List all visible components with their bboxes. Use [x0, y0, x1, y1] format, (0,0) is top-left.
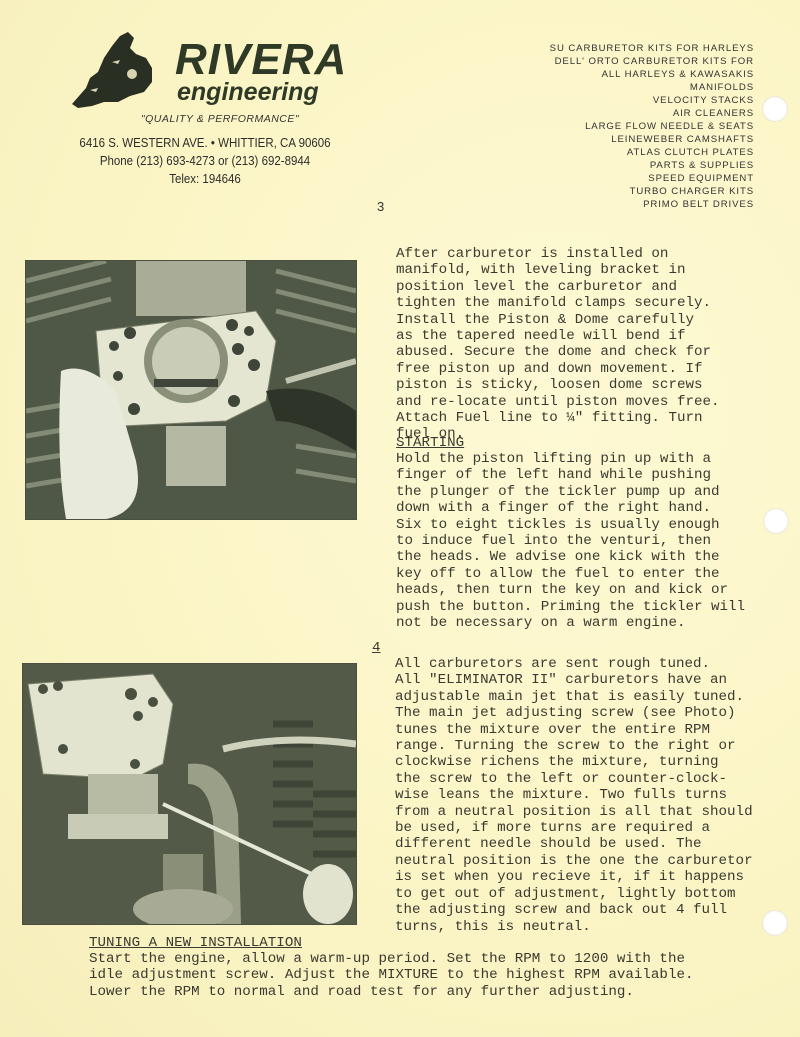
punch-hole [762, 910, 788, 936]
main-jet-adjusting-screw-photo [22, 663, 357, 925]
brand-logo: RIVERA engineering [175, 40, 347, 104]
tuning-paragraph: Start the engine, allow a warm-up period… [89, 951, 694, 1000]
tuning-adjustment-paragraph: All carburetors are sent rough tuned. Al… [395, 656, 753, 935]
product-item: SU CARBURETOR KITS FOR HARLEYS [550, 42, 754, 55]
punch-hole [762, 96, 788, 122]
product-item: ALL HARLEYS & KAWASAKIS [550, 68, 754, 81]
tagline: "QUALITY & PERFORMANCE" [120, 113, 320, 125]
product-item: VELOCITY STACKS [550, 94, 754, 107]
section-number: 4 [372, 640, 381, 656]
product-item: SPEED EQUIPMENT [550, 172, 754, 185]
product-item: PARTS & SUPPLIES [550, 159, 754, 172]
tuning-heading: TUNING A NEW INSTALLATION [89, 935, 302, 951]
telex: Telex: 194646 [67, 170, 343, 188]
contact-block: 6416 S. WESTERN AVE. • WHITTIER, CA 9060… [67, 134, 343, 188]
product-list: SU CARBURETOR KITS FOR HARLEYS DELL' ORT… [550, 42, 754, 211]
address: 6416 S. WESTERN AVE. • WHITTIER, CA 9060… [67, 134, 343, 152]
product-item: DELL' ORTO CARBURETOR KITS FOR [550, 55, 754, 68]
page-number: 3 [377, 199, 384, 214]
starting-heading: STARTING [396, 435, 464, 451]
phone: Phone (213) 693-4273 or (213) 692-8944 [67, 152, 343, 170]
installation-paragraph: After carburetor is installed on manifol… [396, 246, 720, 443]
brand-name: RIVERA [175, 40, 347, 80]
product-item: TURBO CHARGER KITS [550, 185, 754, 198]
carburetor-flange-installation-photo [25, 260, 357, 520]
product-item: LEINEWEBER CAMSHAFTS [550, 133, 754, 146]
product-item: MANIFOLDS [550, 81, 754, 94]
product-item: AIR CLEANERS [550, 107, 754, 120]
motorcycle-rider-silhouette-icon [68, 28, 158, 110]
starting-paragraph: Hold the piston lifting pin up with a fi… [396, 451, 745, 631]
product-item: LARGE FLOW NEEDLE & SEATS [550, 120, 754, 133]
product-item: PRIMO BELT DRIVES [550, 198, 754, 211]
product-item: ATLAS CLUTCH PLATES [550, 146, 754, 159]
punch-hole [763, 508, 789, 534]
